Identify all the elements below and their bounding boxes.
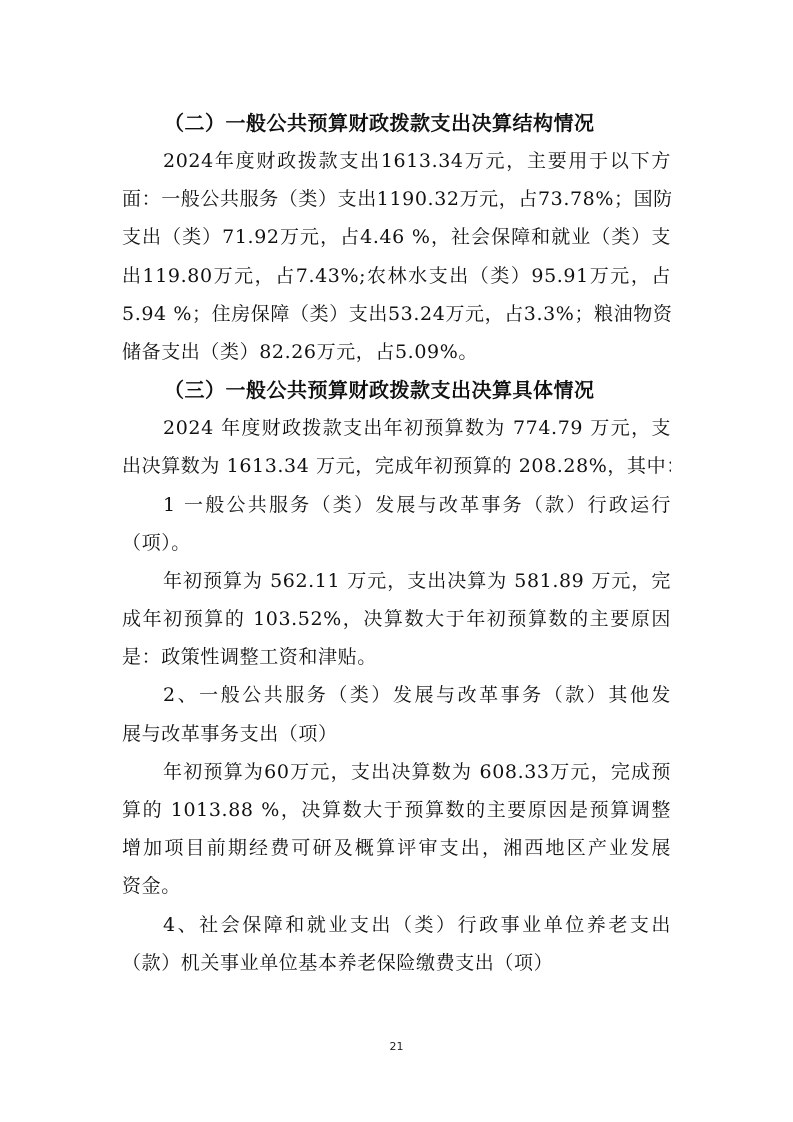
page-number: 21 [0, 1040, 793, 1053]
paragraph-item-1-detail: 年初预算为 562.11 万元，支出决算为 581.89 万元，完 成年初预算的… [122, 562, 671, 677]
text-line: 算的 1013.88 %，决算数大于预算数的主要原因是预算调整 [122, 791, 671, 829]
text-line: 资金。 [122, 867, 671, 905]
section-heading-structure: （二）一般公共预算财政拨款支出决算结构情况 [122, 104, 671, 142]
text-line: 是：政策性调整工资和津贴。 [122, 638, 671, 676]
text-line: 增加项目前期经费可研及概算评审支出，湘西地区产业发展 [122, 829, 671, 867]
text-line: 面：一般公共服务（类）支出1190.32万元，占73.78%；国防 [122, 180, 671, 218]
paragraph-item-2-detail: 年初预算为60万元，支出决算数为 608.33万元，完成预 算的 1013.88… [122, 753, 671, 906]
text-line: 2024 年度财政拨款支出年初预算数为 774.79 万元，支 [122, 409, 671, 447]
text-line: 1 一般公共服务（类）发展与改革事务（款）行政运行 [122, 486, 671, 524]
text-line: 展与改革事务支出（项） [122, 715, 671, 753]
text-line: 储备支出（类）82.26万元，占5.09%。 [122, 333, 671, 371]
paragraph-overall-budget: 2024 年度财政拨款支出年初预算数为 774.79 万元，支 出决算数为 16… [122, 409, 671, 485]
paragraph-item-1-title: 1 一般公共服务（类）发展与改革事务（款）行政运行 （项）。 [122, 486, 671, 562]
section-heading-details: （三）一般公共预算财政拨款支出决算具体情况 [122, 371, 671, 409]
text-line: 4、社会保障和就业支出（类）行政事业单位养老支出 [122, 906, 671, 944]
text-line: 出119.80万元，占7.43%;农林水支出（类）95.91万元，占 [122, 257, 671, 295]
text-line: 5.94 %；住房保障（类）支出53.24万元，占3.3%；粮油物资 [122, 295, 671, 333]
text-line: （项）。 [122, 524, 671, 562]
text-line: （款）机关事业单位基本养老保险缴费支出（项） [122, 944, 671, 982]
document-page: （二）一般公共预算财政拨款支出决算结构情况 2024年度财政拨款支出1613.3… [122, 104, 671, 982]
text-line: 年初预算为 562.11 万元，支出决算为 581.89 万元，完 [122, 562, 671, 600]
text-line: 2、一般公共服务（类）发展与改革事务（款）其他发 [122, 676, 671, 714]
text-line: 出决算数为 1613.34 万元，完成年初预算的 208.28%，其中： [122, 447, 671, 485]
text-line: 年初预算为60万元，支出决算数为 608.33万元，完成预 [122, 753, 671, 791]
text-line: 2024年度财政拨款支出1613.34万元，主要用于以下方 [122, 142, 671, 180]
paragraph-item-2-title: 2、一般公共服务（类）发展与改革事务（款）其他发 展与改革事务支出（项） [122, 676, 671, 752]
text-line: 支出（类）71.92万元，占4.46 %，社会保障和就业（类）支 [122, 218, 671, 256]
paragraph-item-4-title: 4、社会保障和就业支出（类）行政事业单位养老支出 （款）机关事业单位基本养老保险… [122, 906, 671, 982]
text-line: 成年初预算的 103.52%，决算数大于年初预算数的主要原因 [122, 600, 671, 638]
paragraph-structure-summary: 2024年度财政拨款支出1613.34万元，主要用于以下方 面：一般公共服务（类… [122, 142, 671, 371]
